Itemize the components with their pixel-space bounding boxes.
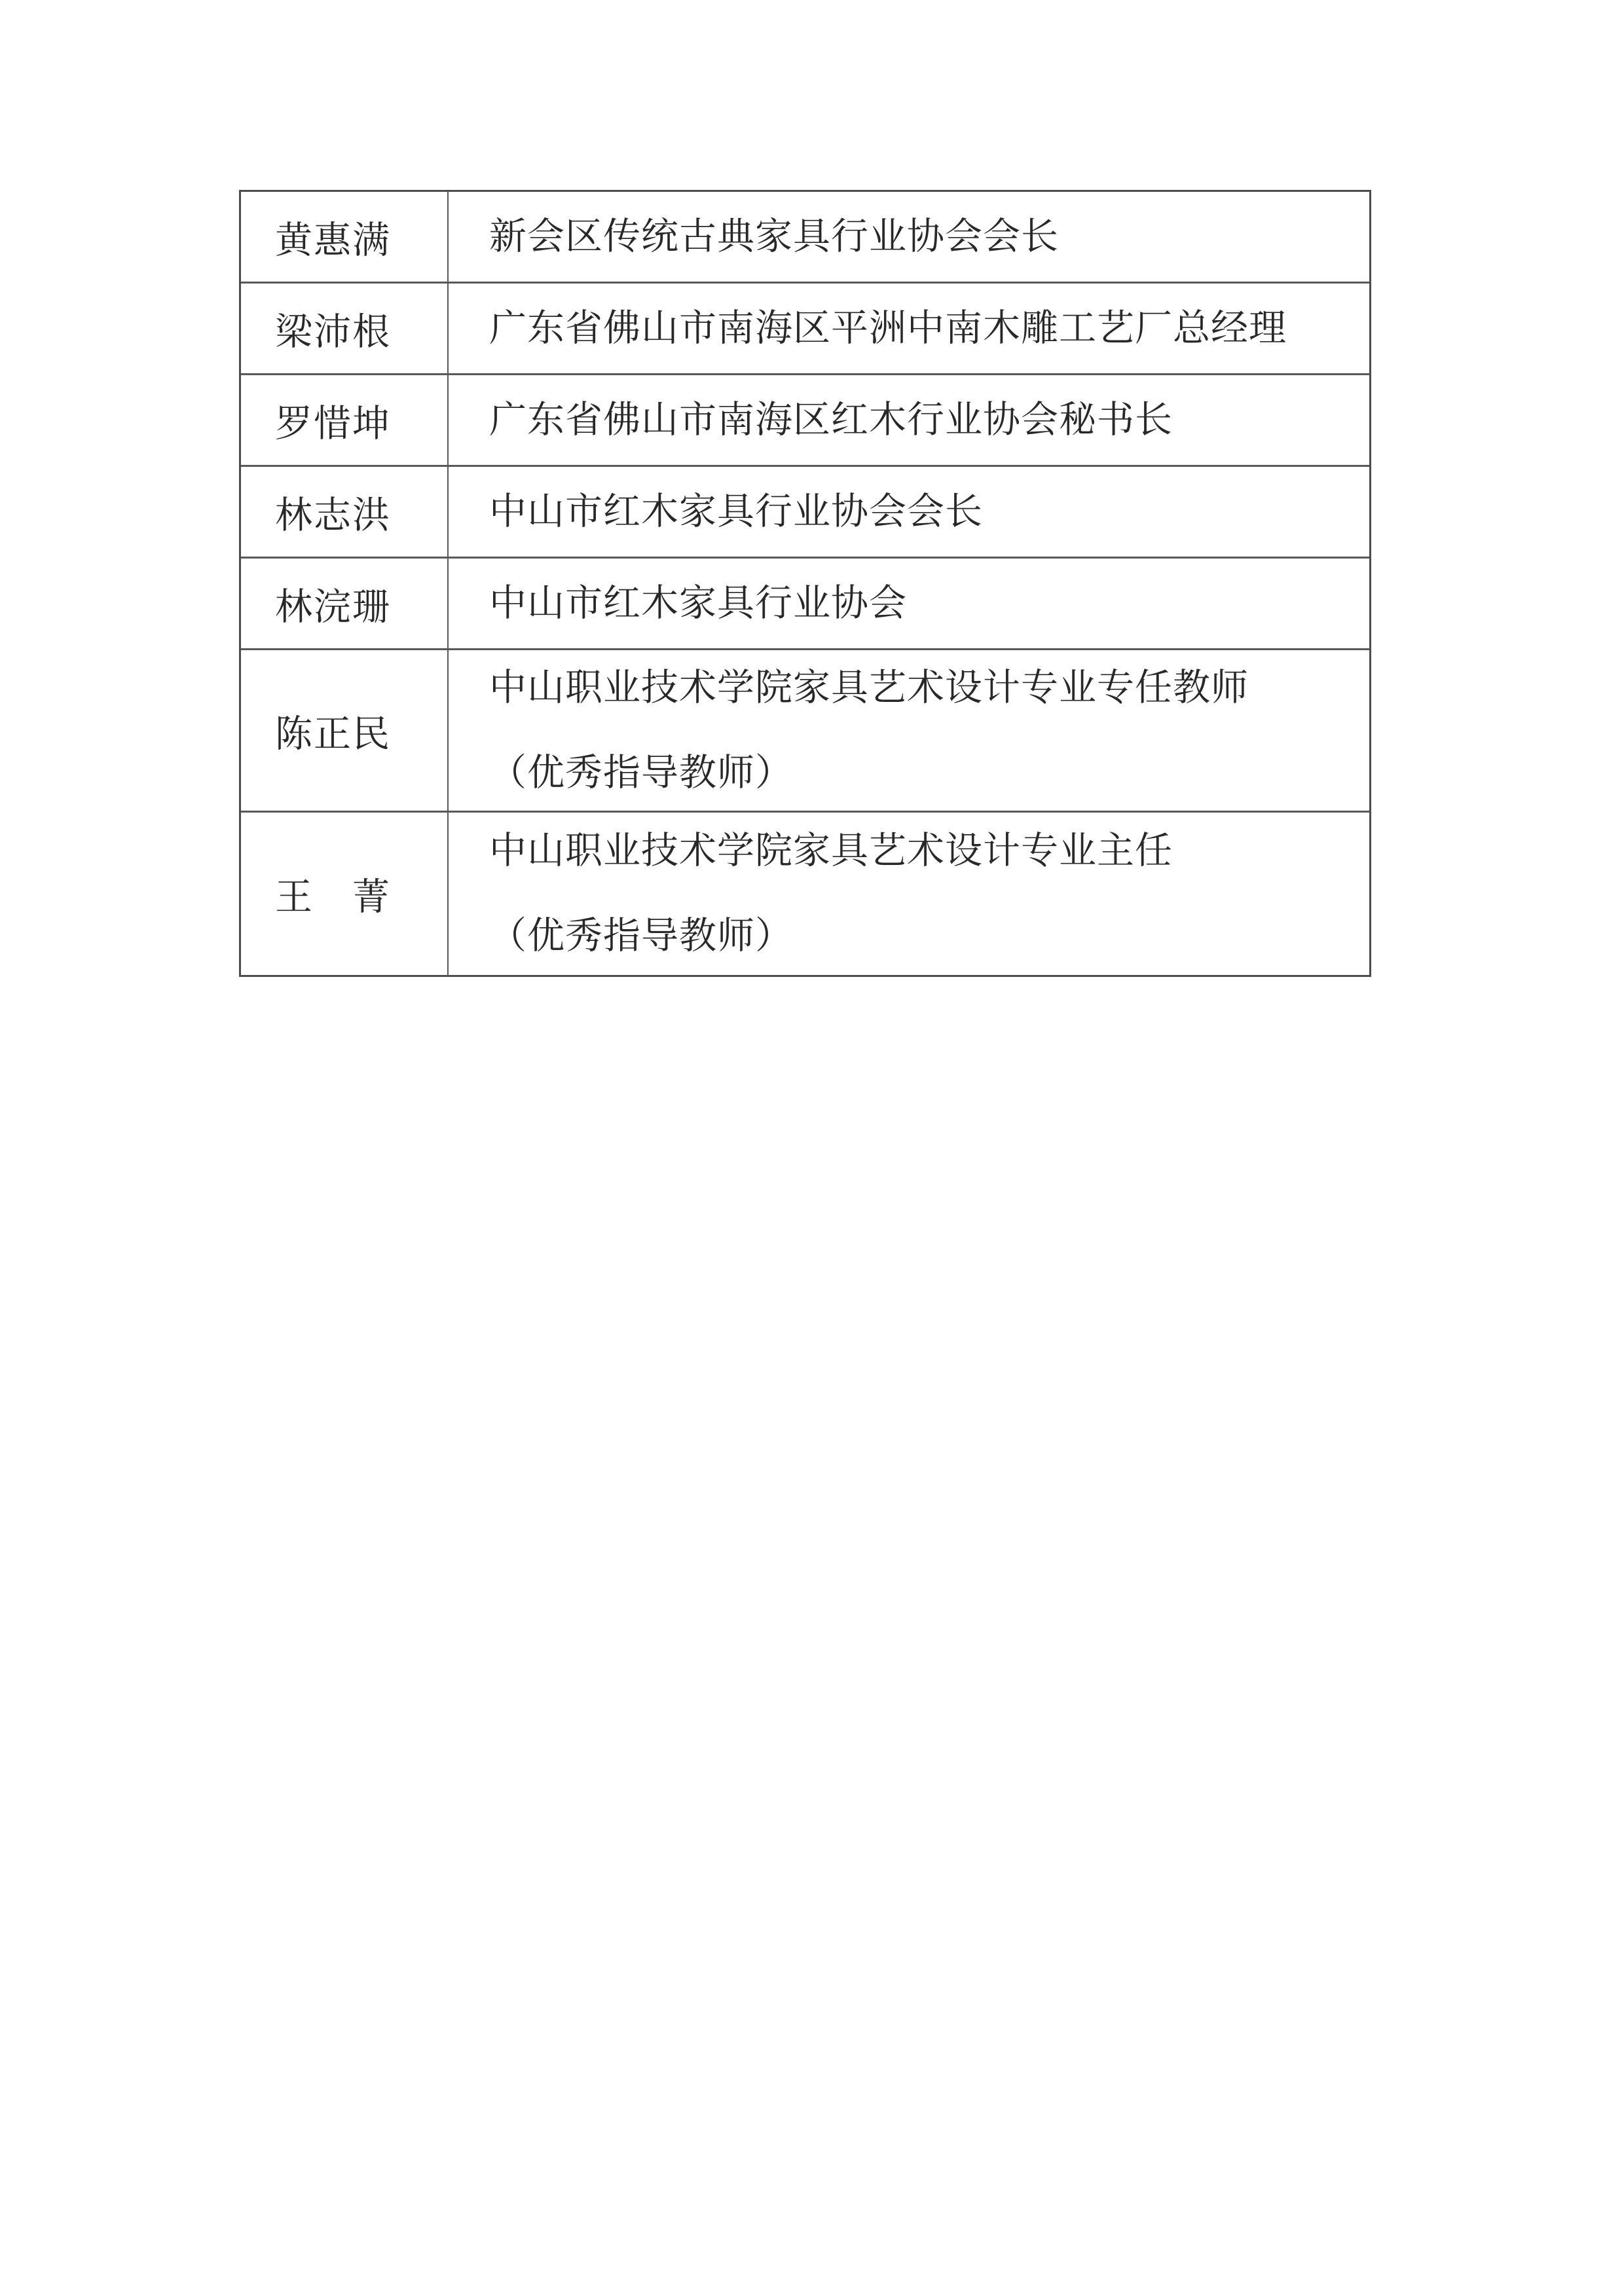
title-cell: 新会区传统古典家具行业协会会长 xyxy=(449,192,1369,282)
committee-table: 黄惠满 新会区传统古典家具行业协会会长 梁沛根 广东省佛山市南海区平洲中南木雕工… xyxy=(239,190,1371,977)
document-page: 黄惠满 新会区传统古典家具行业协会会长 梁沛根 广东省佛山市南海区平洲中南木雕工… xyxy=(0,0,1624,2295)
name-cell: 梁沛根 xyxy=(241,284,449,373)
title-line: 中山职业技术学院家具艺术设计专业主任 xyxy=(489,830,1356,872)
table-row: 梁沛根 广东省佛山市南海区平洲中南木雕工艺厂总经理 xyxy=(241,284,1369,375)
title-line: 新会区传统古典家具行业协会会长 xyxy=(489,216,1356,258)
table-row: 王 菁 中山职业技术学院家具艺术设计专业主任 （优秀指导教师） xyxy=(241,813,1369,975)
title-line: 广东省佛山市南海区红木行业协会秘书长 xyxy=(489,399,1356,441)
note-line: （优秀指导教师） xyxy=(489,752,1356,794)
name-cell: 王 菁 xyxy=(241,813,449,975)
title-cell: 中山市红木家具行业协会会长 xyxy=(449,467,1369,557)
title-line: 中山市红木家具行业协会会长 xyxy=(489,491,1356,533)
name-cell: 林浣珊 xyxy=(241,559,449,648)
title-line: 广东省佛山市南海区平洲中南木雕工艺厂总经理 xyxy=(489,308,1356,350)
table-row: 林志洪 中山市红木家具行业协会会长 xyxy=(241,467,1369,559)
name-cell: 陈正民 xyxy=(241,650,449,811)
title-cell: 广东省佛山市南海区平洲中南木雕工艺厂总经理 xyxy=(449,284,1369,373)
note-line: （优秀指导教师） xyxy=(489,915,1356,957)
table-row: 林浣珊 中山市红木家具行业协会 xyxy=(241,559,1369,650)
title-line: 中山职业技术学院家具艺术设计专业专任教师 xyxy=(489,667,1356,709)
table-row: 黄惠满 新会区传统古典家具行业协会会长 xyxy=(241,192,1369,284)
title-cell: 广东省佛山市南海区红木行业协会秘书长 xyxy=(449,375,1369,465)
title-cell: 中山职业技术学院家具艺术设计专业主任 （优秀指导教师） xyxy=(449,813,1369,975)
name-cell: 罗惜坤 xyxy=(241,375,449,465)
name-cell: 黄惠满 xyxy=(241,192,449,282)
table-row: 罗惜坤 广东省佛山市南海区红木行业协会秘书长 xyxy=(241,375,1369,467)
table-row: 陈正民 中山职业技术学院家具艺术设计专业专任教师 （优秀指导教师） xyxy=(241,650,1369,813)
title-cell: 中山职业技术学院家具艺术设计专业专任教师 （优秀指导教师） xyxy=(449,650,1369,811)
name-cell: 林志洪 xyxy=(241,467,449,557)
title-line: 中山市红木家具行业协会 xyxy=(489,583,1356,625)
title-cell: 中山市红木家具行业协会 xyxy=(449,559,1369,648)
